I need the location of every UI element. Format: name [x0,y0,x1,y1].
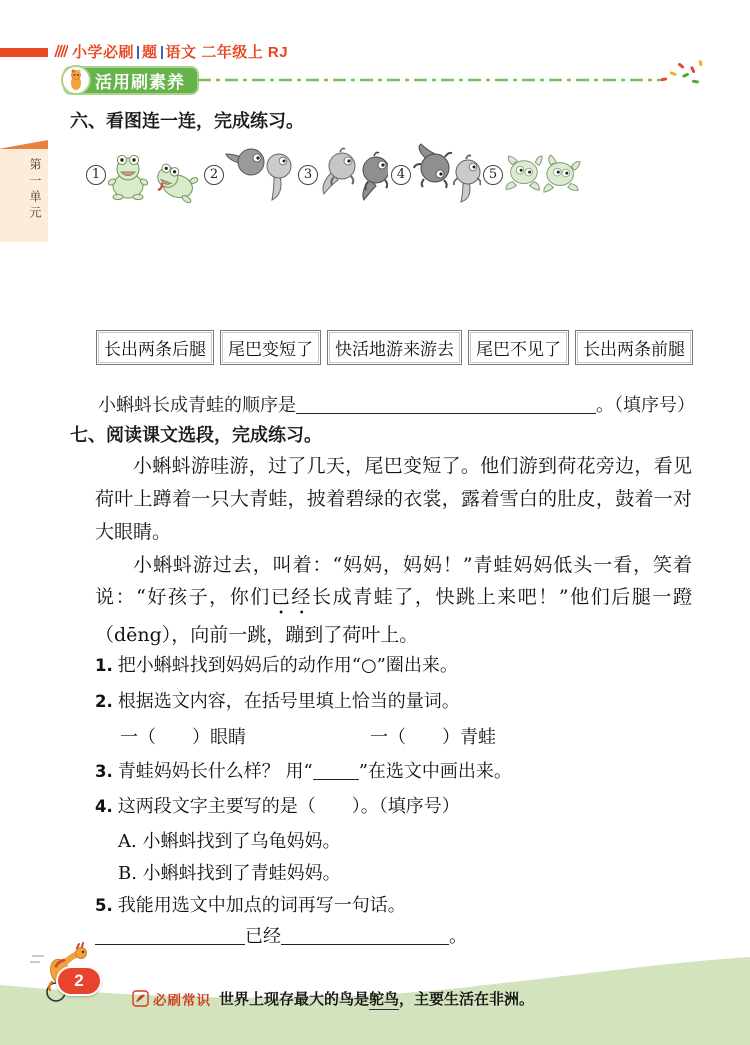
unit-tab: 第一单元 [0,140,48,242]
section7-title: 七、阅读课文选段，完成练习。 [70,421,322,447]
figure-number: 5 [483,165,503,185]
frog-pair-icon [106,142,202,208]
passage-paragraph-2: 小蝌蚪游过去，叫着：“妈妈，妈妈！”青蛙妈妈低头一看，笑着说：“好孩子，你们已经… [95,549,692,653]
question-3-line-blank [313,764,359,780]
sequence-option: 长出两条后腿 [96,330,214,365]
tip-text-pre: 世界上现存最大的鸟是 [219,991,369,1008]
reading-passage: 小蝌蚪游哇游，过了几天，尾巴变短了。他们游到荷花旁边，看见荷叶上蹲着一只大青蛙，… [95,450,692,652]
figure-row: 1 [86,140,686,210]
question-2: 2.根据选文内容，在括号里填上恰当的量词。 [95,687,460,713]
question-2-number: 2. [95,692,113,711]
question-5-blank-2 [281,927,449,945]
footer-tip: 必刷常识 世界上现存最大的鸟是鸵鸟，主要生活在非洲。 [132,988,534,1009]
figure-number: 1 [86,165,106,185]
section-badge: 活用刷素养 [63,66,199,95]
sequence-option: 尾巴不见了 [468,330,569,365]
figure-frogs: 1 [86,140,204,210]
brand-separator [137,46,139,59]
order-prompt-pre: 小蝌蚪长成青蛙的顺序是 [98,395,296,416]
unit-tab-label: 第一单元 [27,158,44,222]
passage-p2-emphasized-word: 已经 [271,586,312,608]
figure-tadpoles-back-legs: 3 [298,140,391,210]
question-5-period: 。 [449,926,467,947]
tadpole-pair-icon [224,142,294,208]
figure-number: 4 [391,165,411,185]
brand-part3: 语文 [166,44,197,61]
order-prompt: 小蝌蚪长成青蛙的顺序是。（填序号） [98,391,695,417]
tip-stamp-icon [132,990,149,1007]
question-3: 3.青蛙妈妈长什么样？ 用“”在选文中画出来。 [95,757,512,783]
sequence-option: 快活地游来游去 [327,330,462,365]
froglet-pair-icon [503,142,583,208]
page-number-badge: 2 [56,966,102,996]
confetti-icon [658,60,704,90]
tip-label: 必刷常识 [153,989,211,1009]
figure-number: 3 [298,165,318,185]
tadpole-back-legs-pair-icon [318,142,388,208]
figure-tadpoles-four-legs: 4 [391,140,483,210]
sequence-option: 尾巴变短了 [220,330,321,365]
question-5: 5.我能用选文中加点的词再写一句话。 [95,891,406,917]
question-3-post: ”在选文中画出来。 [359,761,512,782]
question-1-text: 把小蝌蚪找到妈妈后的动作用“○”圈出来。 [118,655,458,676]
workbook-page: { "header": { "brand1": "小学必刷", "brand2"… [0,0,750,1045]
question-4-text: 这两段文字主要写的是（ ）。（填序号） [118,796,460,817]
order-answer-blank [296,396,596,414]
question-4-option-a: A. 小蝌蚪找到了乌龟妈妈。 [118,827,340,853]
tip-text: 世界上现存最大的鸟是鸵鸟，主要生活在非洲。 [219,988,534,1009]
question-4-number: 4. [95,797,113,816]
question-1: 1.把小蝌蚪找到妈妈后的动作用“○”圈出来。 [95,651,458,677]
question-5-number: 5. [95,896,113,915]
figure-froglets: 5 [483,140,583,210]
sequence-option: 长出两条前腿 [575,330,693,365]
order-prompt-post: 。（填序号） [596,395,695,416]
question-3-pre: 青蛙妈妈长什么样？ 用“ [118,761,313,782]
brand-separator [161,46,163,59]
brand-part2: 题 [142,44,158,61]
badge-mascot-icon [61,65,91,95]
sequence-options-table: 长出两条后腿 尾巴变短了 快活地游来游去 尾巴不见了 长出两条前腿 [96,330,693,365]
question-1-number: 1. [95,656,113,675]
tip-text-underlined: 鸵鸟 [369,991,399,1010]
question-5-text: 我能用选文中加点的词再写一句话。 [118,895,406,916]
header-accent-bar [0,48,48,57]
question-4: 4.这两段文字主要写的是（ ）。（填序号） [95,792,460,818]
passage-paragraph-1: 小蝌蚪游哇游，过了几天，尾巴变短了。他们游到荷花旁边，看见荷叶上蹲着一只大青蛙，… [95,450,692,549]
brand-title: 小学必刷题语文 二年级上 RJ [72,41,288,62]
question-2-blank-a: 一（ ）眼睛 [120,723,246,749]
question-2-text: 根据选文内容，在括号里填上恰当的量词。 [118,691,460,712]
brand-slashes-icon [52,44,68,58]
header-brand: 小学必刷题语文 二年级上 RJ [52,41,288,61]
badge-label: 活用刷素养 [95,68,185,93]
question-5-word: 已经 [245,926,281,947]
tip-text-post: ，主要生活在非洲。 [399,991,534,1008]
question-3-number: 3. [95,762,113,781]
question-5-blank-1 [95,927,245,945]
tadpole-four-legs-pair-icon [411,142,481,208]
figure-tadpoles: 2 [204,140,298,210]
question-2-blank-b: 一（ ）青蛙 [370,723,496,749]
dashed-rule [198,78,660,82]
section6-title: 六、看图连一连，完成练习。 [70,107,304,133]
brand-part1: 小学必刷 [72,44,134,61]
brand-part4: 二年级上 RJ [201,44,288,61]
figure-number: 2 [204,165,224,185]
question-4-option-b: B. 小蝌蚪找到了青蛙妈妈。 [118,859,341,885]
